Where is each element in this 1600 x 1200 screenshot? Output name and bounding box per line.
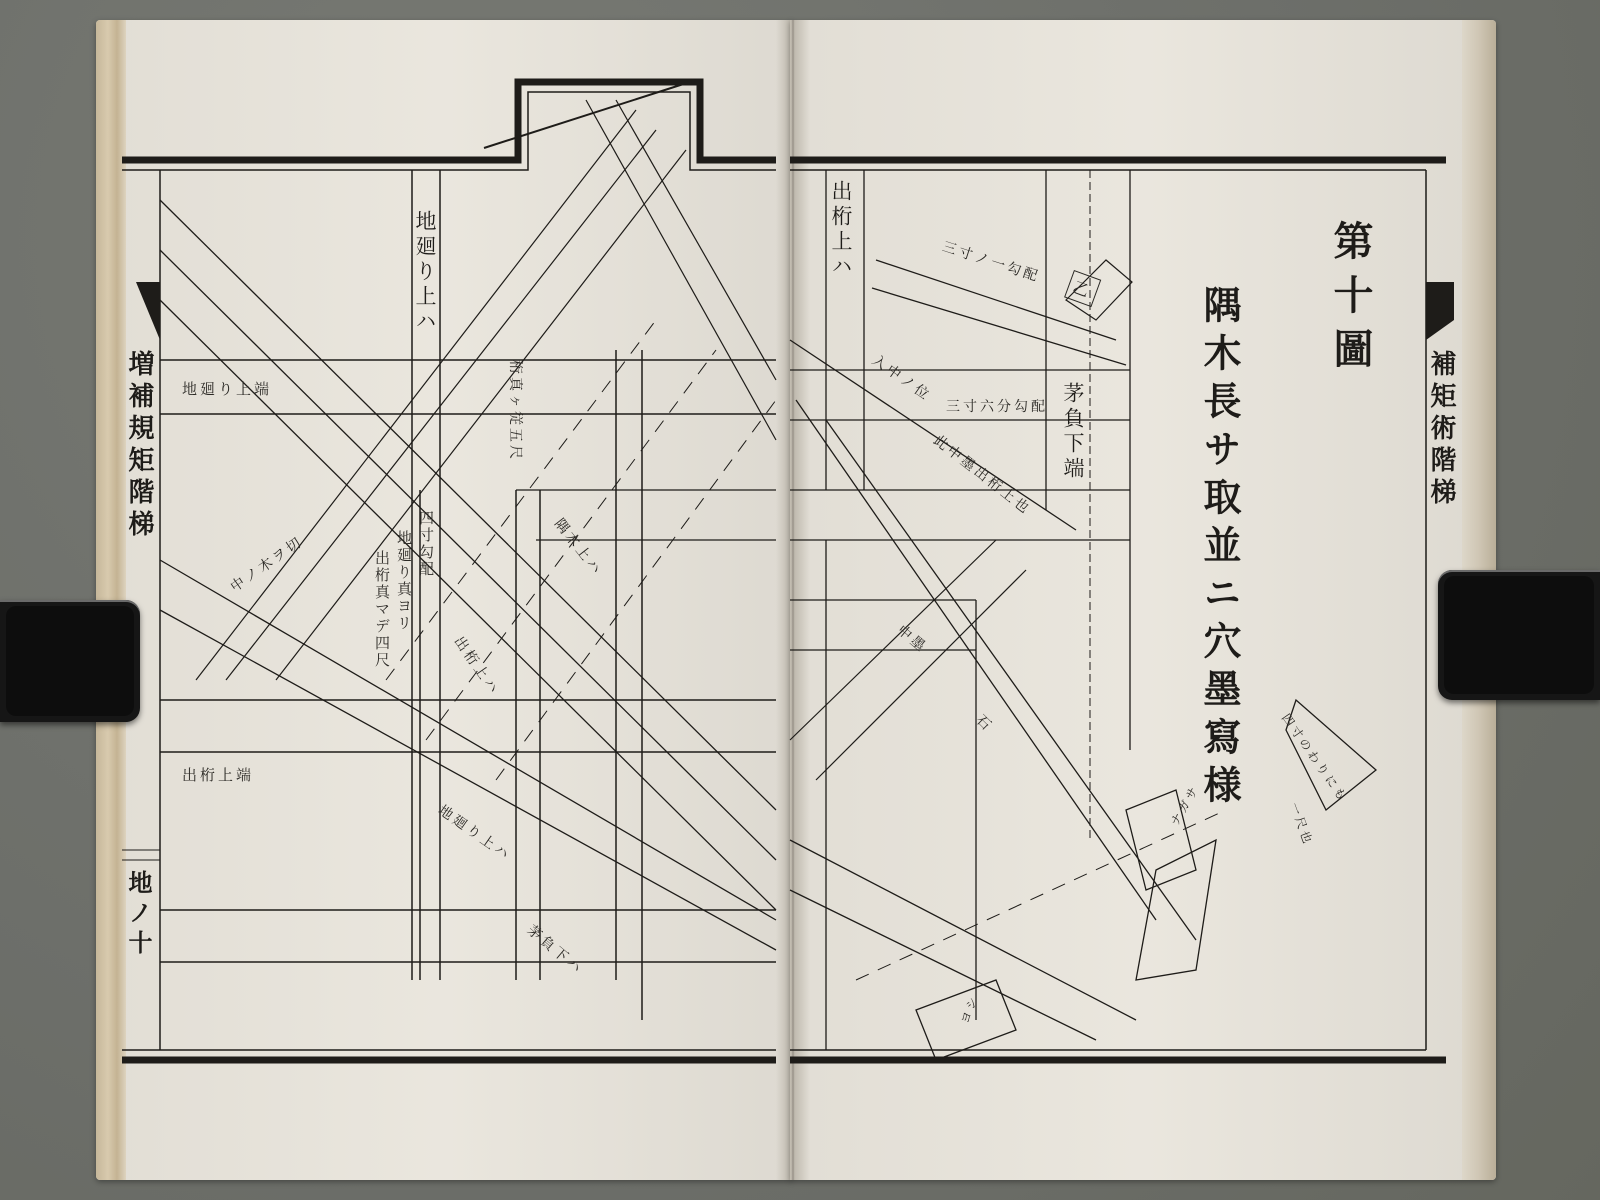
open-book: 第十圖 隅木長サ取並ニ穴墨寫様 増補規矩階梯 補矩術階梯 地ノ十 地廻り上ハ 四…: [96, 20, 1496, 1180]
label-slope-36: 三寸六分勾配: [946, 396, 1048, 416]
label-note-b: 出桁真マデ四尺: [374, 550, 389, 669]
label-note-a: 地廻り真ヨリ: [396, 530, 411, 632]
right-spine-label: 補矩術階梯: [1428, 350, 1454, 510]
label-degeta-edge: 出桁上端: [182, 764, 254, 785]
left-clip-face: [6, 606, 134, 716]
label-slope: 四寸勾配: [418, 510, 433, 578]
left-page-clip: [0, 600, 140, 722]
label-kayaoi-edge: 茅負下端: [1062, 382, 1083, 482]
right-clip-face: [1444, 576, 1594, 694]
diagram-plate: [96, 20, 1496, 1180]
label-keta: 桁真ヶ従五尺: [506, 360, 526, 462]
label-jimawari-edge: 地廻り上端: [182, 378, 272, 399]
label-degeta-top: 出桁上ハ: [830, 180, 851, 280]
folio-number: 地ノ十: [126, 870, 150, 960]
figure-subtitle: 隅木長サ取並ニ穴墨寫様: [1200, 285, 1238, 813]
right-page-clip: [1438, 570, 1600, 700]
left-spine-label: 増補規矩階梯: [126, 350, 152, 542]
label-jimawari-top: 地廻り上ハ: [414, 210, 435, 335]
figure-title: 第十圖: [1330, 220, 1370, 382]
